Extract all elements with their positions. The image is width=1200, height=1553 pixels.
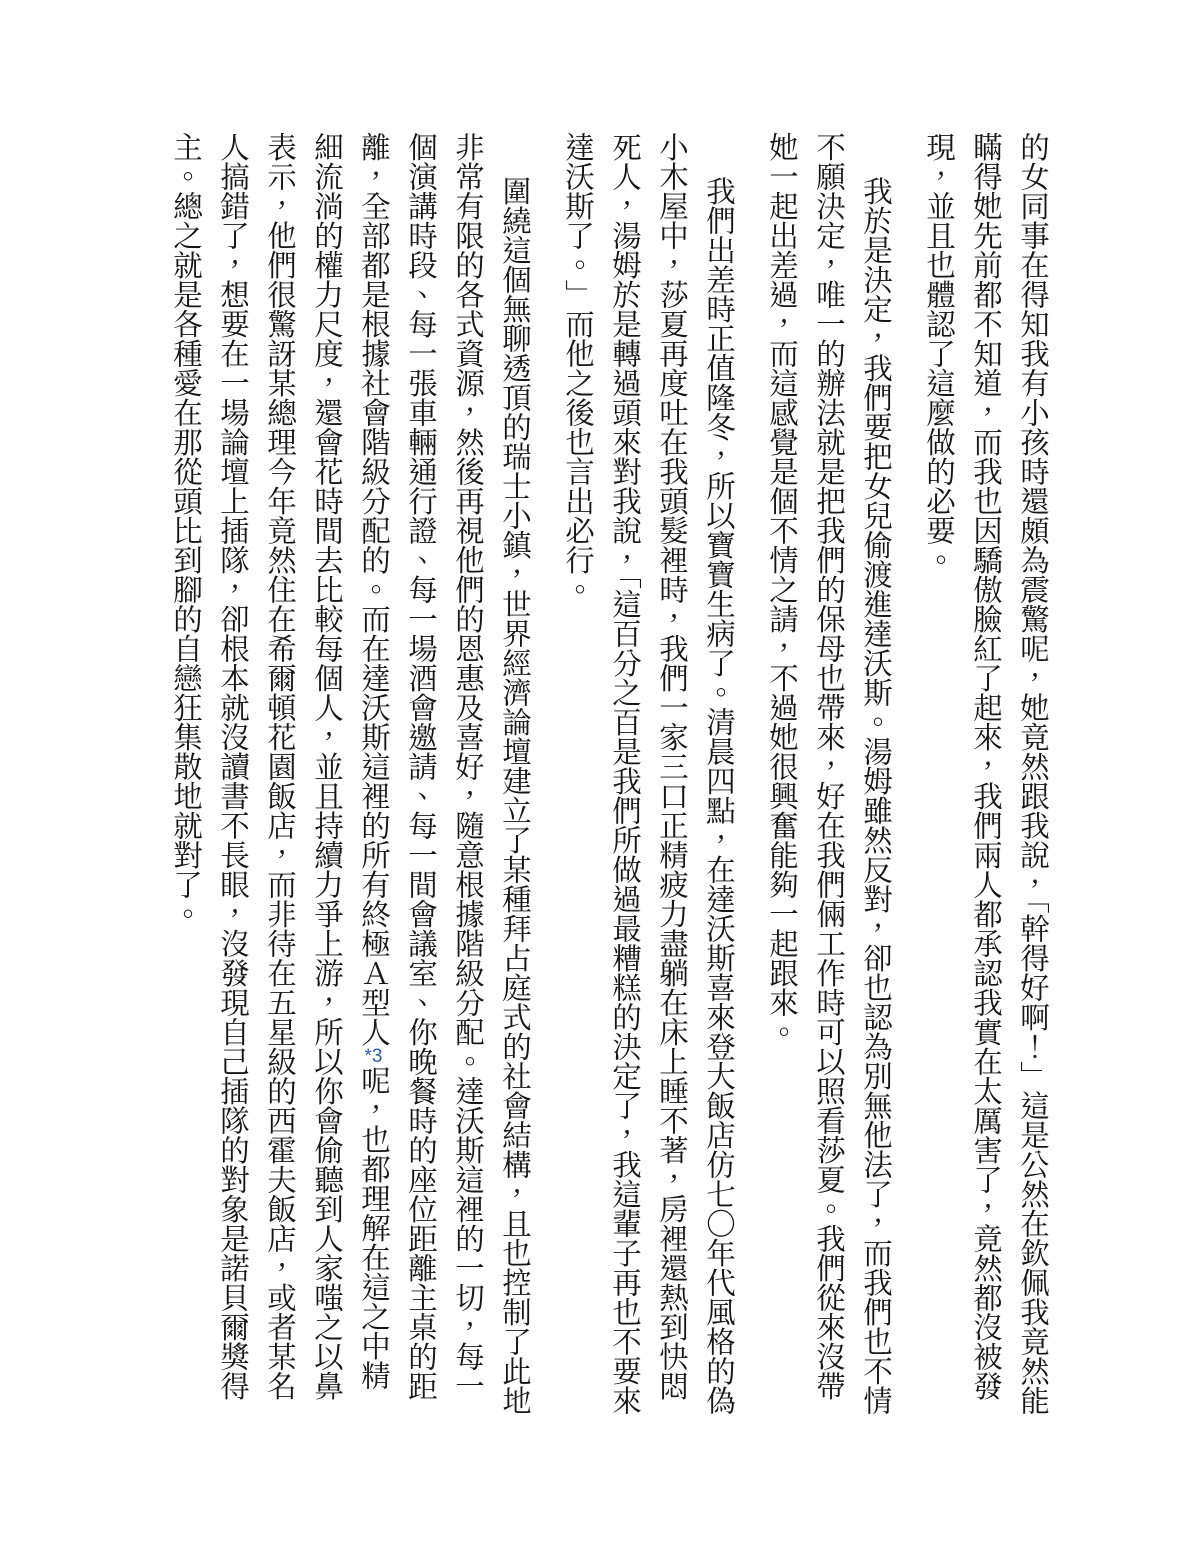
paragraph-4: 圍繞這個無聊透頂的瑞士小鎮，世界經濟論壇建立了某種拜占庭式的社會結構，且也控制了… — [162, 132, 538, 1417]
paragraph-1: 的女同事在得知我有小孩時還頗為震驚呢，她竟然跟我說，「幹得好啊！」這是公然在欽佩… — [915, 132, 1056, 1417]
paragraph-3-text: 我們出差時正值隆冬，所以寶寶生病了。清晨四點，在達沃斯喜來登大飯店仿七〇年代風格… — [561, 132, 735, 1415]
footnote-ref-3-link[interactable]: *3 — [363, 1047, 384, 1066]
paragraph-2-text: 我於是決定，我們要把女兒偷渡進達沃斯。湯姆雖然反對，卻也認為別無他法了，而我們也… — [765, 132, 892, 1415]
vertical-text-flow: 的女同事在得知我有小孩時還頗為震驚呢，她竟然跟我說，「幹得好啊！」這是公然在欽佩… — [162, 132, 1056, 1417]
paragraph-3: 我們出差時正值隆冬，所以寶寶生病了。清晨四點，在達沃斯喜來登大飯店仿七〇年代風格… — [554, 132, 742, 1417]
paragraph-1-text: 的女同事在得知我有小孩時還頗為震驚呢，她竟然跟我說，「幹得好啊！」這是公然在欽佩… — [922, 132, 1049, 1415]
paragraph-2: 我於是決定，我們要把女兒偷渡進達沃斯。湯姆雖然反對，卻也認為別無他法了，而我們也… — [758, 132, 899, 1417]
ebook-page: 的女同事在得知我有小孩時還頗為震驚呢，她竟然跟我說，「幹得好啊！」這是公然在欽佩… — [0, 0, 1200, 1553]
